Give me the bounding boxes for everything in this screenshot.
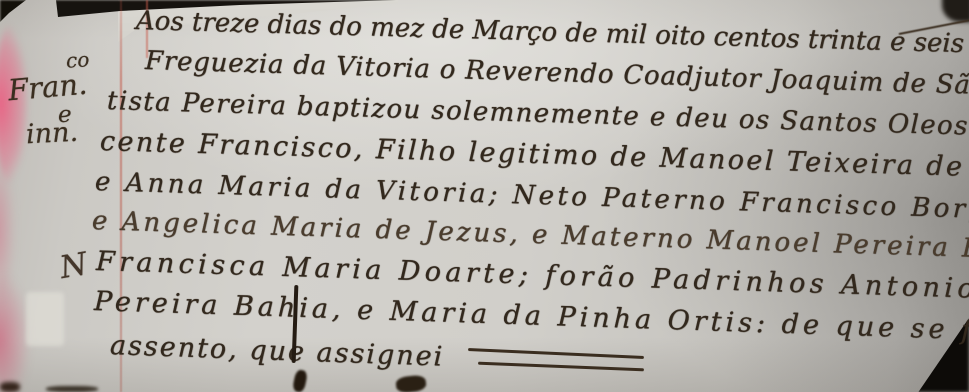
- handwritten-record: Aos treze dias do mez de Março de mil oi…: [0, 0, 969, 392]
- manuscript-scan-page: co Fran. e inn. N Aos treze dias do mez …: [0, 0, 969, 392]
- record-line-9: assento, que assignei: [110, 332, 445, 371]
